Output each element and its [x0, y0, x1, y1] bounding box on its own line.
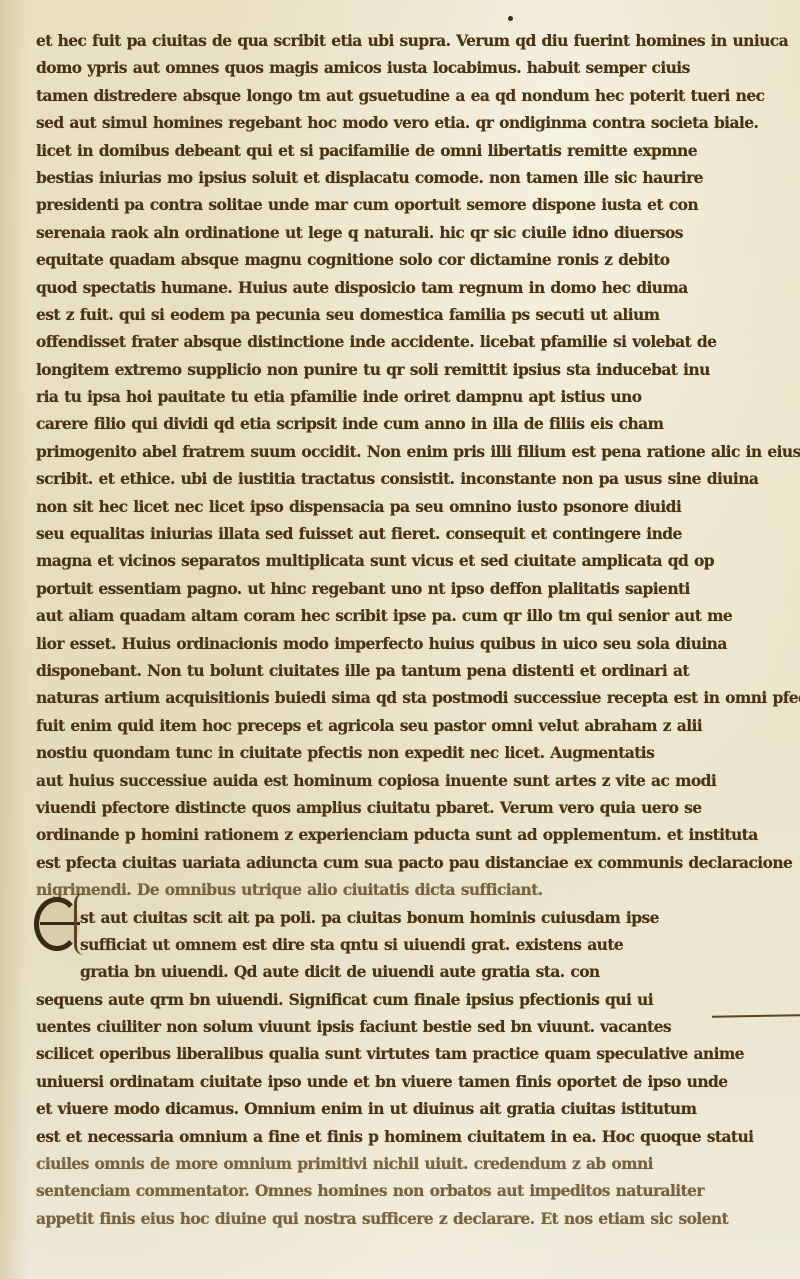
manuscript-line: nostiu quondam tunc in ciuitate pfectis …	[36, 739, 756, 766]
manuscript-line: lior esset. Huius ordinacionis modo impe…	[36, 630, 756, 657]
decorated-initial-e	[34, 893, 92, 955]
manuscript-line: sentenciam commentator. Omnes homines no…	[36, 1177, 756, 1204]
manuscript-line: et viuere modo dicamus. Omnium enim in u…	[36, 1095, 756, 1122]
ink-dot-mark	[508, 16, 513, 21]
manuscript-line: viuendi pfectore distincte quos amplius …	[36, 794, 756, 821]
manuscript-line: longitem extremo supplicio non punire tu…	[36, 356, 756, 383]
manuscript-text-block: et hec fuit pa ciuitas de qua scribit et…	[36, 27, 756, 1232]
manuscript-line: gratia bn uiuendi. Qd aute dicit de uiue…	[36, 958, 756, 985]
manuscript-line: uniuersi ordinatam ciuitate ipso unde et…	[36, 1068, 756, 1095]
manuscript-line: portuit essentiam pagno. ut hinc regeban…	[36, 575, 756, 602]
manuscript-line: carere filio qui dividi qd etia scripsit…	[36, 410, 756, 437]
initial-flourish-shape	[74, 893, 87, 955]
manuscript-line: scilicet operibus liberalibus qualia sun…	[36, 1040, 756, 1067]
manuscript-line: non sit hec licet nec licet ipso dispens…	[36, 493, 756, 520]
manuscript-line: ciuiles omnis de more omnium primitivi n…	[36, 1150, 756, 1177]
manuscript-line: ria tu ipsa hoi pauitate tu etia pfamili…	[36, 383, 756, 410]
manuscript-line: scribit. et ethice. ubi de iustitia trac…	[36, 465, 756, 492]
manuscript-line: licet in domibus debeant qui et si pacif…	[36, 137, 756, 164]
manuscript-line: aut aliam quadam altam coram hec scribit…	[36, 602, 756, 629]
manuscript-line: ordinande p homini rationem z experienci…	[36, 821, 756, 848]
manuscript-line: appetit finis eius hoc diuine qui nostra…	[36, 1205, 756, 1232]
manuscript-line: tamen distredere absque longo tm aut gsu…	[36, 82, 756, 109]
manuscript-line: uentes ciuiliter non solum viuunt ipsis …	[36, 1013, 756, 1040]
manuscript-line: magna et vicinos separatos multiplicata …	[36, 547, 756, 574]
manuscript-line: est et necessaria omnium a fine et finis…	[36, 1123, 756, 1150]
manuscript-line: est z fuit. qui si eodem pa pecunia seu …	[36, 301, 756, 328]
manuscript-line: bestias iniurias mo ipsius soluit et dis…	[36, 164, 756, 191]
manuscript-line: naturas artium acquisitionis buiedi sima…	[36, 684, 756, 711]
page-edge-shadow	[0, 0, 28, 1279]
manuscript-line: disponebant. Non tu bolunt ciuitates ill…	[36, 657, 756, 684]
manuscript-line: st aut ciuitas scit ait pa poli. pa ciui…	[36, 904, 756, 931]
manuscript-line: serenaia raok aln ordinatione ut lege q …	[36, 219, 756, 246]
manuscript-line: sufficiat ut omnem est dire sta qntu si …	[36, 931, 756, 958]
manuscript-line: nigrimendi. De omnibus utrique alio ciui…	[36, 876, 756, 903]
manuscript-line: aut huius successiue auida est hominum c…	[36, 767, 756, 794]
manuscript-line: sed aut simul homines regebant hoc modo …	[36, 109, 756, 136]
manuscript-line: presidenti pa contra solitae unde mar cu…	[36, 191, 756, 218]
manuscript-line: primogenito abel fratrem suum occidit. N…	[36, 438, 756, 465]
manuscript-line: quod spectatis humane. Huius aute dispos…	[36, 274, 756, 301]
manuscript-line: est pfecta ciuitas uariata adiuncta cum …	[36, 849, 756, 876]
manuscript-line: equitate quadam absque magnu cognitione …	[36, 246, 756, 273]
manuscript-line: et hec fuit pa ciuitas de qua scribit et…	[36, 27, 756, 54]
manuscript-line: domo ypris aut omnes quos magis amicos i…	[36, 54, 756, 81]
manuscript-line: seu equalitas iniurias illata sed fuisse…	[36, 520, 756, 547]
manuscript-line: offendisset frater absque distinctione i…	[36, 328, 756, 355]
manuscript-line: fuit enim quid item hoc preceps et agric…	[36, 712, 756, 739]
manuscript-line: sequens aute qrm bn uiuendi. Significat …	[36, 986, 756, 1013]
